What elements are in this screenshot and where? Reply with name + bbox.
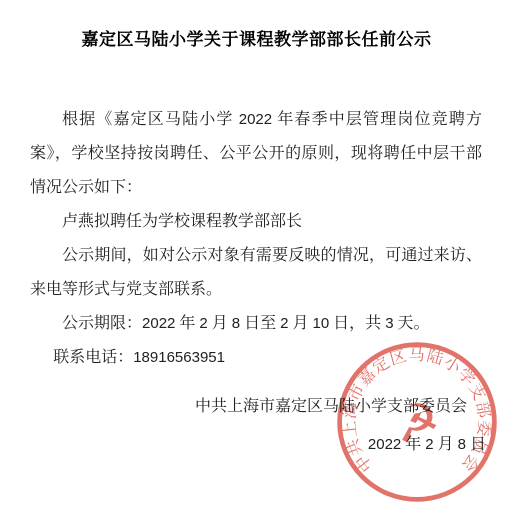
signer-organization: 中共上海市嘉定区马陆小学支部委员会 <box>0 388 513 426</box>
signature-block: 中共上海市嘉定区马陆小学支部委员会 2022 年 2 月 8 日 <box>0 388 513 464</box>
document-body: 根据《嘉定区马陆小学 2022 年春季中层管理岗位竞聘方案》，学校坚持按岗聘任、… <box>30 103 482 375</box>
paragraph-contact-phone: 联系电话：18916563951 <box>30 341 482 375</box>
document-title: 嘉定区马陆小学关于课程教学部部长任前公示 <box>8 28 505 52</box>
issue-date: 2022 年 2 月 8 日 <box>0 426 513 464</box>
paragraph-feedback: 公示期间，如对公示对象有需要反映的情况，可通过来访、来电等形式与党支部联系。 <box>30 239 482 307</box>
notice-document-page: 嘉定区马陆小学关于课程教学部部长任前公示 根据《嘉定区马陆小学 2022 年春季… <box>0 0 513 528</box>
paragraph-period: 公示期限：2022 年 2 月 8 日至 2 月 10 日，共 3 天。 <box>30 307 482 341</box>
paragraph-basis: 根据《嘉定区马陆小学 2022 年春季中层管理岗位竞聘方案》，学校坚持按岗聘任、… <box>30 103 482 205</box>
paragraph-appointee: 卢燕拟聘任为学校课程教学部部长 <box>30 205 482 239</box>
